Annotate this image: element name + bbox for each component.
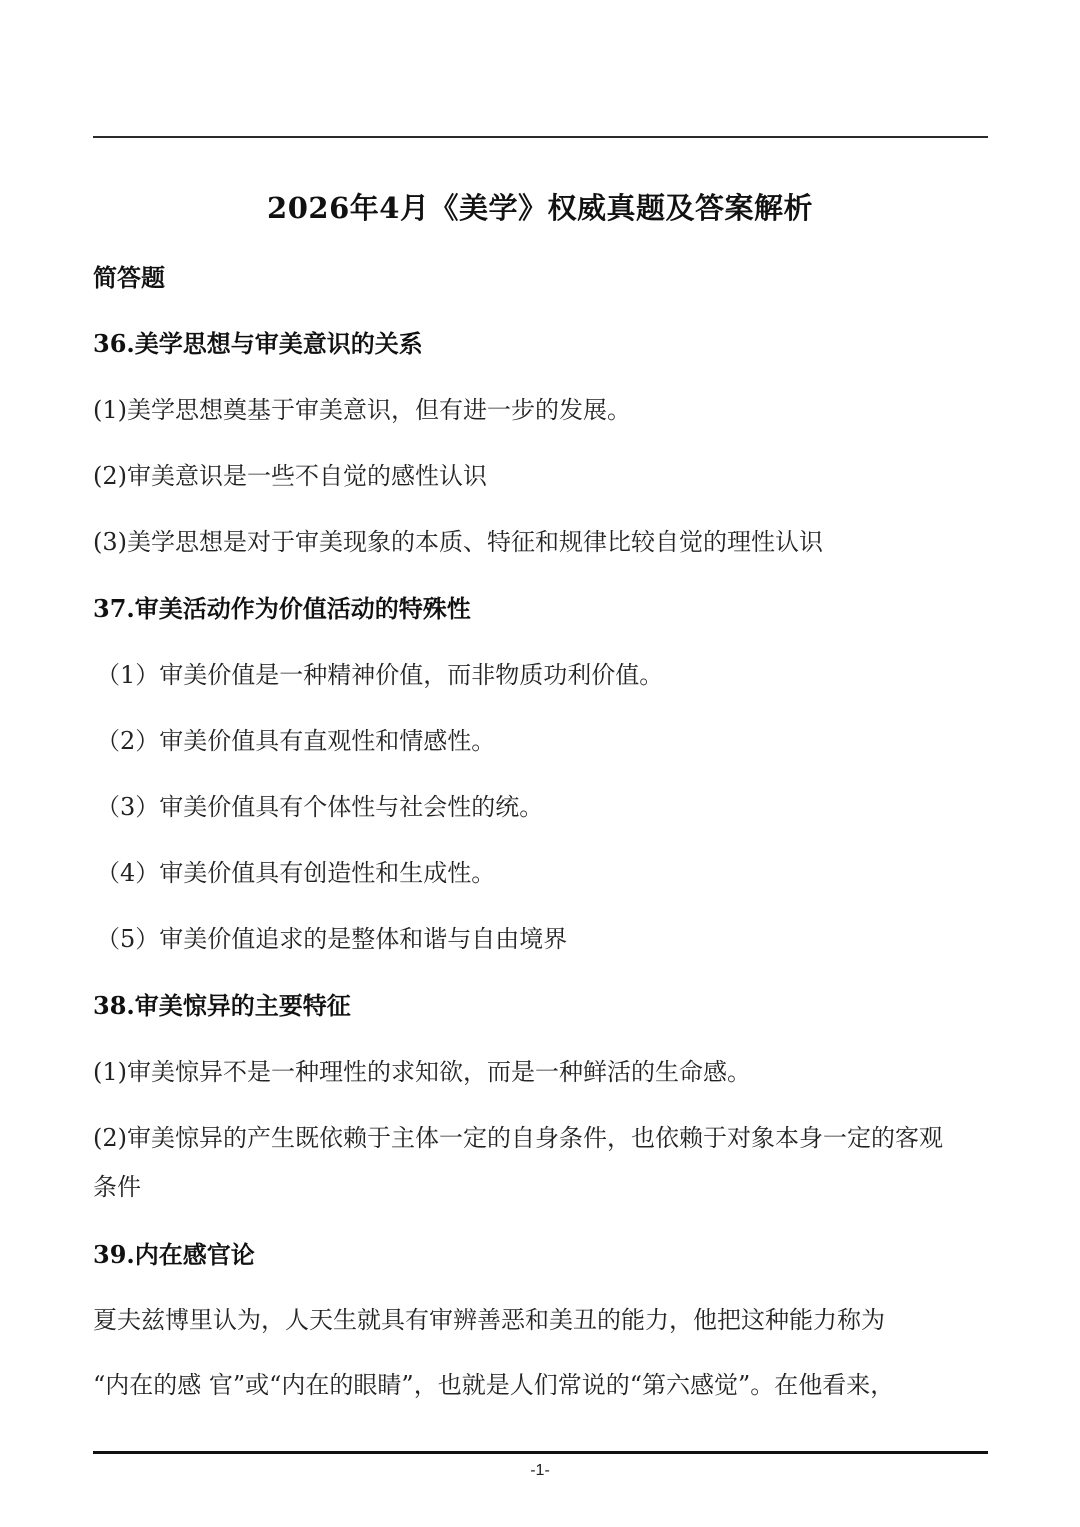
answer-line: (1)审美惊异不是一种理性的求知欲，而是一种鲜活的生命感。 (93, 1052, 751, 1087)
question-heading-38: 38.审美惊异的主要特征 (93, 986, 351, 1021)
answer-line: (2)审美惊异的产生既依赖于主体一定的自身条件，也依赖于对象本身一定的客观 (93, 1118, 943, 1153)
footer-rule (93, 1451, 988, 1454)
question-heading-36: 36.美学思想与审美意识的关系 (93, 324, 423, 359)
answer-line: 夏夫兹博里认为，人天生就具有审辨善恶和美丑的能力，他把这种能力称为 (93, 1300, 885, 1335)
answer-line: （1）审美价值是一种精神价值，而非物质功利价值。 (96, 655, 663, 690)
answer-line: (3)美学思想是对于审美现象的本质、特征和规律比较自觉的理性认识 (93, 522, 823, 557)
answer-line: (2)审美意识是一些不自觉的感性认识 (93, 456, 487, 491)
answer-line: (1)美学思想奠基于审美意识，但有进一步的发展。 (93, 390, 631, 425)
document-title: 2026年4月《美学》权威真题及答案解析 (0, 186, 1080, 227)
answer-line: （3）审美价值具有个体性与社会性的统。 (96, 787, 543, 822)
answer-line: （2）审美价值具有直观性和情感性。 (96, 721, 495, 756)
section-label: 简答题 (93, 258, 165, 293)
question-heading-37: 37.审美活动作为价值活动的特殊性 (93, 589, 471, 624)
question-heading-39: 39.内在感官论 (93, 1235, 255, 1270)
answer-line: （5）审美价值追求的是整体和谐与自由境界 (96, 919, 567, 954)
page-number: -1- (0, 1462, 1080, 1480)
header-rule (93, 136, 988, 138)
answer-line: “内在的感 官”或“内在的眼睛”，也就是人们常说的“第六感觉”。在他看来， (93, 1365, 894, 1400)
answer-line: 条件 (93, 1167, 141, 1202)
answer-line: （4）审美价值具有创造性和生成性。 (96, 853, 495, 888)
